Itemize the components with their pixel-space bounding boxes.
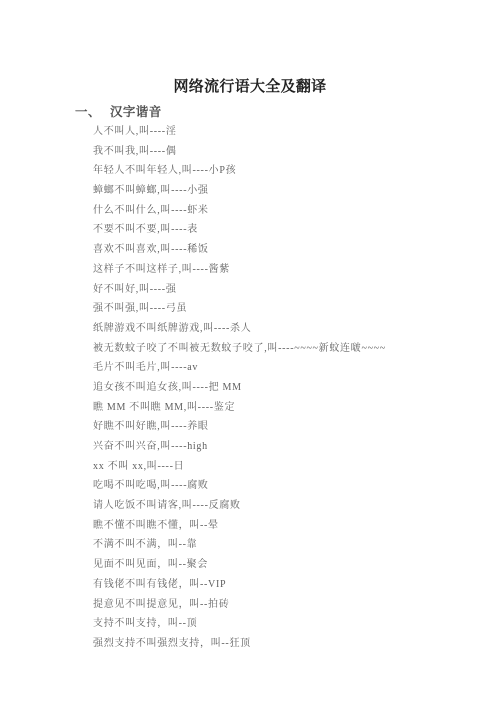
list-item: 好不叫好,叫----强 bbox=[93, 280, 490, 300]
list-item: 瞧 MM 不叫瞧 MM,叫----鉴定 bbox=[93, 398, 490, 418]
section-heading: 一、汉字谐音 bbox=[75, 102, 162, 120]
list-item: 吃喝不叫吃喝,叫----腐败 bbox=[93, 476, 490, 496]
section-number: 一、 bbox=[75, 102, 110, 120]
list-item: 这样子不叫这样子,叫----酱紫 bbox=[93, 260, 490, 280]
list-item: 蟑螂不叫蟑螂,叫----小强 bbox=[93, 181, 490, 201]
list-item: 人不叫人,叫----淫 bbox=[93, 122, 490, 142]
list-item: 瞧不懂不叫瞧不懂，叫--晕 bbox=[93, 516, 490, 536]
section-title: 汉字谐音 bbox=[110, 105, 162, 119]
list-item: 毛片不叫毛片,叫----av bbox=[93, 358, 490, 378]
list-item: 被无数蚊子咬了不叫被无数蚊子咬了,叫----~~~~新蚊连啵~~~~ bbox=[93, 339, 490, 359]
page-title: 网络流行语大全及翻译 bbox=[0, 75, 500, 96]
list-item: 我不叫我,叫----偶 bbox=[93, 142, 490, 162]
list-item: 追女孩不叫追女孩,叫----把 MM bbox=[93, 378, 490, 398]
list-item: 喜欢不叫喜欢,叫----稀饭 bbox=[93, 240, 490, 260]
document-page: 网络流行语大全及翻译 一、汉字谐音 人不叫人,叫----淫 我不叫我,叫----… bbox=[0, 0, 500, 707]
list-item: 什么不叫什么,叫----虾米 bbox=[93, 201, 490, 221]
list-item: 强烈支持不叫强烈支持，叫--狂顶 bbox=[93, 634, 490, 654]
list-item: 不要不叫不要,叫----表 bbox=[93, 220, 490, 240]
list-item: xx 不叫 xx,叫----日 bbox=[93, 457, 490, 477]
list-item: 有钱佬不叫有钱佬，叫--VIP bbox=[93, 575, 490, 595]
list-item: 提意见不叫提意见，叫--拍砖 bbox=[93, 595, 490, 615]
list-item: 好瞧不叫好瞧,叫----养眼 bbox=[93, 417, 490, 437]
list-item: 年轻人不叫年轻人,叫----小P孩 bbox=[93, 161, 490, 181]
list-item: 纸牌游戏不叫纸牌游戏,叫----杀人 bbox=[93, 319, 490, 339]
list-item: 兴奋不叫兴奋,叫----high bbox=[93, 437, 490, 457]
list-item: 请人吃饭不叫请客,叫----反腐败 bbox=[93, 496, 490, 516]
slang-list: 人不叫人,叫----淫 我不叫我,叫----偶 年轻人不叫年轻人,叫----小P… bbox=[93, 122, 490, 654]
list-item: 不满不叫不满，叫--靠 bbox=[93, 535, 490, 555]
list-item: 强不叫强,叫----弓虽 bbox=[93, 299, 490, 319]
list-item: 见面不叫见面，叫--聚会 bbox=[93, 555, 490, 575]
list-item: 支持不叫支持，叫--顶 bbox=[93, 614, 490, 634]
